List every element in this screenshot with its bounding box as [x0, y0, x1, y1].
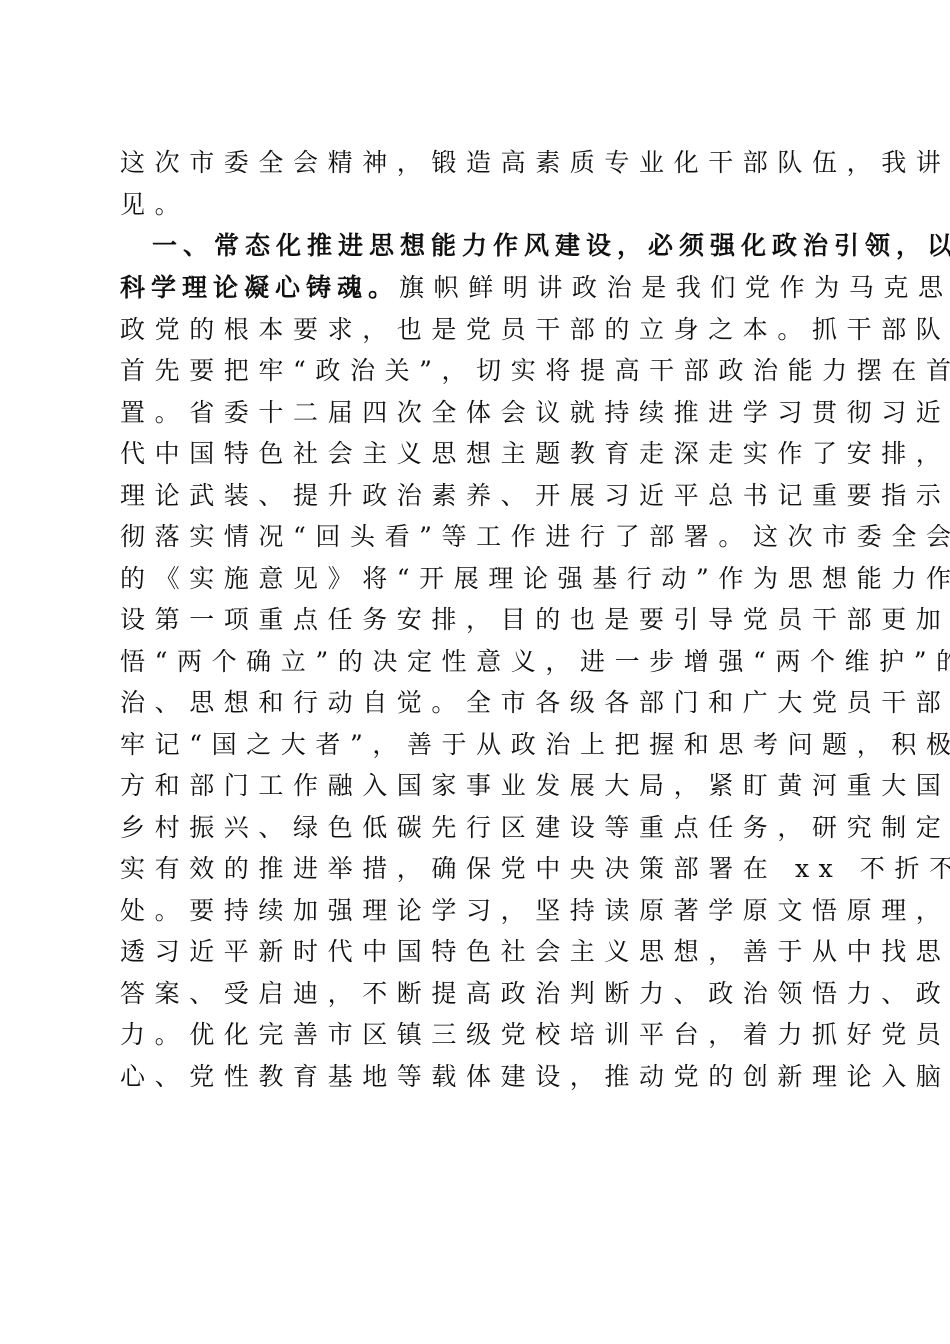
text-line: 设第一项重点任务安排，目的也是要引导党员干部更加深刻领: [120, 600, 950, 640]
text-line: 悟“两个确立”的决定性意义，进一步增强“两个维护”的政: [120, 642, 950, 682]
text-line: 置。省委十二届四次全体会议就持续推进学习贯彻习近平新时: [120, 393, 950, 433]
text-line: 政党的根本要求，也是党员干部的立身之本。抓干部队伍建设: [120, 310, 950, 350]
section-heading-line: 一、常态化推进思想能力作风建设，必须强化政治引领，以: [152, 226, 950, 266]
text-line: 心、党性教育基地等载体建设，推动党的创新理论入脑入心、: [120, 1057, 950, 1097]
text-line: 代中国特色社会主义思想主题教育走深走实作了安排，对强化: [120, 434, 950, 474]
text-line: 力。优化完善市区镇三级党校培训平台，着力抓好党员教育中: [120, 1015, 950, 1055]
section-heading: 一、常态化推进思想能力作风建设，必须强化政治引领，以: [152, 231, 950, 260]
text-line: 方和部门工作融入国家事业发展大局，紧盯黄河重大国家战略、: [120, 766, 950, 806]
text-line: 首先要把牢“政治关”，切实将提高干部政治能力摆在首要位: [120, 351, 950, 391]
text-line: 的《实施意见》将“开展理论强基行动”作为思想能力作风建: [120, 559, 950, 599]
text-line: 彻落实情况“回头看”等工作进行了部署。这次市委全会审议: [120, 517, 950, 557]
text-line: 治、思想和行动自觉。全市各级各部门和广大党员干部要始终: [120, 683, 950, 723]
paragraph-text: 旗帜鲜明讲政治是我们党作为马克思主义: [399, 273, 950, 302]
text-line: 乡村振兴、绿色低碳先行区建设等重点任务，研究制定更加务: [120, 808, 950, 848]
text-line: 见。: [120, 185, 189, 225]
text-line: 理论武装、提升政治素养、开展习近平总书记重要指示批示贯: [120, 476, 950, 516]
text-line: 科学理论凝心铸魂。旗帜鲜明讲政治是我们党作为马克思主义: [120, 268, 950, 308]
text-line: 透习近平新时代中国特色社会主义思想，善于从中找思路、寻: [120, 932, 950, 972]
document-page: 这次市委全会精神，锻造高素质专业化干部队伍，我讲五点意 见。 一、常态化推进思想…: [0, 0, 950, 1344]
section-heading-end: 科学理论凝心铸魂。: [120, 273, 399, 302]
text-line: 处。要持续加强理论学习，坚持读原著学原文悟原理，学深悟: [120, 891, 950, 931]
text-line: 这次市委全会精神，锻造高素质专业化干部队伍，我讲五点意: [120, 143, 950, 183]
text-line: 答案、受启迪，不断提高政治判断力、政治领悟力、政治执行: [120, 974, 950, 1014]
text-line: 牢记“国之大者”，善于从政治上把握和思考问题，积极将地: [120, 725, 950, 765]
text-line: 实有效的推进举措，确保党中央决策部署在 xx 不折不扣落到实: [120, 849, 950, 889]
